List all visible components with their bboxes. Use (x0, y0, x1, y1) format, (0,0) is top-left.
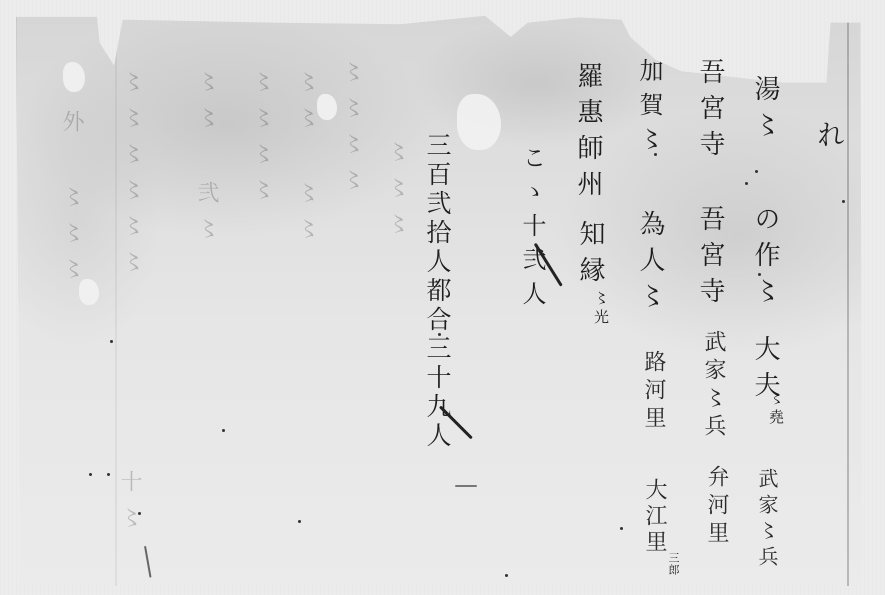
faded-column: 〻〻〻〻 (340, 60, 362, 204)
text-column-6c: 〻光 (593, 290, 608, 328)
ink-speck (745, 182, 748, 185)
ink-speck (89, 473, 92, 476)
ink-speck (110, 340, 113, 343)
text-column-4a: 吾宮寺 (697, 58, 723, 166)
text-column-4b: 吾宮寺 (697, 205, 723, 313)
text-column-4c: 武家〻兵 (702, 330, 724, 442)
text-column-5d: 大江里 (643, 478, 665, 556)
text-column-7: こゝ十弐人 (520, 145, 544, 315)
faint-stroke (455, 485, 477, 487)
ink-speck (505, 574, 508, 577)
ink-speck (654, 153, 657, 156)
paper-hole (457, 94, 501, 150)
faded-column: 〻〻 弐〻 (195, 70, 217, 253)
paper-hole (63, 62, 85, 92)
faded-column: 外 〻〻〻 (60, 110, 82, 293)
text-column-5a: 加賀〻 (637, 58, 661, 160)
ink-speck (298, 520, 301, 523)
faded-column: 〻〻〻〻〻〻 (120, 70, 142, 286)
text-column-1: れ (815, 120, 843, 158)
ink-speck (138, 512, 141, 515)
text-column-2b: の作〻 (752, 205, 778, 313)
faded-column: 〻〻〻〻 (250, 70, 272, 214)
ink-speck (755, 170, 758, 173)
faded-column: 〻〻 〻〻 (295, 70, 317, 253)
ink-speck (842, 200, 845, 203)
ink-speck (620, 527, 623, 530)
text-column-8: 三百弐拾人都合三十九人 (425, 132, 450, 451)
faded-column: 十〻 (118, 470, 140, 542)
text-column-2d: 〻堯 (768, 390, 783, 428)
text-column-5e: 三郎 (668, 552, 679, 576)
paper-hole (317, 94, 337, 120)
ink-speck (222, 429, 225, 432)
text-column-4d: 弁河里 (705, 465, 727, 549)
text-column-5b: 為人〻 (637, 210, 663, 318)
ink-speck (438, 333, 441, 336)
faded-column: 〻〻〻 (385, 140, 407, 248)
text-column-2a: 湯〻 (752, 75, 778, 147)
text-column-5c: 路河里 (642, 350, 664, 434)
ink-speck (758, 273, 761, 276)
fold-line-right (847, 14, 849, 586)
text-column-6a: 羅惠師州 (575, 62, 601, 206)
text-column-6b: 知縁 (577, 220, 603, 292)
ink-speck (107, 473, 110, 476)
text-column-3: 武家〻兵 (757, 468, 777, 572)
